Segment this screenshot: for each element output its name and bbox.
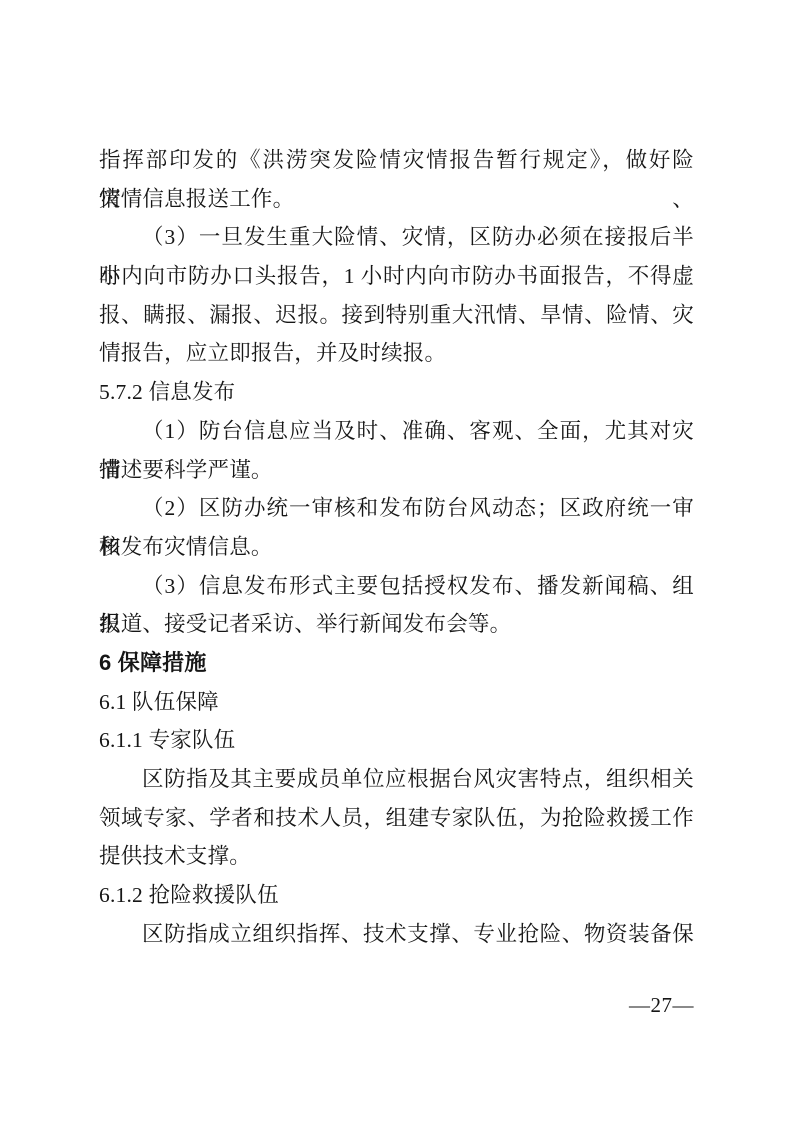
- para-2-unified-review-release: （2）区防办统一审核和发布防台风动态；区政府统一审核和发布灾情信息。: [99, 489, 694, 566]
- para-3-major-danger-reporting: （3）一旦发生重大险情、灾情，区防办必须在接报后半小时内向市防办口头报告，1 小…: [99, 218, 694, 373]
- text-line: （3）一旦发生重大险情、灾情，区防办必须在接报后半小: [99, 218, 694, 257]
- para-3-release-forms: （3）信息发布形式主要包括授权发布、播发新闻稿、组织报道、接受记者采访、举行新闻…: [99, 567, 694, 644]
- text-line: 指挥部印发的《洪涝突发险情灾情报告暂行规定》，做好险情、: [99, 141, 694, 180]
- heading-line: 6 保障措施: [99, 644, 694, 683]
- heading-6-1-1-expert-team: 6.1.1 专家队伍: [99, 721, 694, 760]
- para-1-info-timely-accurate: （1）防台信息应当及时、准确、客观、全面，尤其对灾情描述要科学严谨。: [99, 412, 694, 489]
- text-line: 情报告，应立即报告，并及时续报。: [99, 334, 694, 373]
- text-line: 时内向市防办口头报告，1 小时内向市防办书面报告，不得虚: [99, 257, 694, 296]
- para-rescue-team-body: 区防指成立组织指挥、技术支撑、专业抢险、物资装备保: [99, 915, 694, 954]
- heading-6-safeguard-measures: 6 保障措施: [99, 644, 694, 683]
- heading-line: 6.1.1 专家队伍: [99, 721, 694, 760]
- heading-line: 6.1 队伍保障: [99, 683, 694, 722]
- text-line: （2）区防办统一审核和发布防台风动态；区政府统一审核: [99, 489, 694, 528]
- heading-5-7-2-info-release: 5.7.2 信息发布: [99, 373, 694, 412]
- text-line: （3）信息发布形式主要包括授权发布、播发新闻稿、组织: [99, 567, 694, 606]
- page-content: 指挥部印发的《洪涝突发险情灾情报告暂行规定》，做好险情、灾情信息报送工作。（3）…: [99, 141, 694, 953]
- page-number: —27—: [0, 993, 694, 1018]
- text-line: （1）防台信息应当及时、准确、客观、全面，尤其对灾情: [99, 412, 694, 451]
- heading-line: 6.1.2 抢险救援队伍: [99, 876, 694, 915]
- text-line: 区防指成立组织指挥、技术支撑、专业抢险、物资装备保: [99, 915, 694, 954]
- heading-line: 5.7.2 信息发布: [99, 373, 694, 412]
- heading-6-1-2-rescue-team: 6.1.2 抢险救援队伍: [99, 876, 694, 915]
- text-line: 区防指及其主要成员单位应根据台风灾害特点，组织相关: [99, 760, 694, 799]
- text-line: 和发布灾情信息。: [99, 528, 694, 567]
- text-line: 领域专家、学者和技术人员，组建专家队伍，为抢险救援工作: [99, 799, 694, 838]
- document-page: 指挥部印发的《洪涝突发险情灾情报告暂行规定》，做好险情、灾情信息报送工作。（3）…: [0, 0, 793, 1122]
- text-line: 报道、接受记者采访、举行新闻发布会等。: [99, 605, 694, 644]
- text-line: 提供技术支撑。: [99, 837, 694, 876]
- text-line: 报、瞒报、漏报、迟报。接到特别重大汛情、旱情、险情、灾: [99, 296, 694, 335]
- heading-6-1-team-safeguard: 6.1 队伍保障: [99, 683, 694, 722]
- para-report-regulation-continuation: 指挥部印发的《洪涝突发险情灾情报告暂行规定》，做好险情、灾情信息报送工作。: [99, 141, 694, 218]
- text-line: 描述要科学严谨。: [99, 451, 694, 490]
- para-expert-team-body: 区防指及其主要成员单位应根据台风灾害特点，组织相关领域专家、学者和技术人员，组建…: [99, 760, 694, 876]
